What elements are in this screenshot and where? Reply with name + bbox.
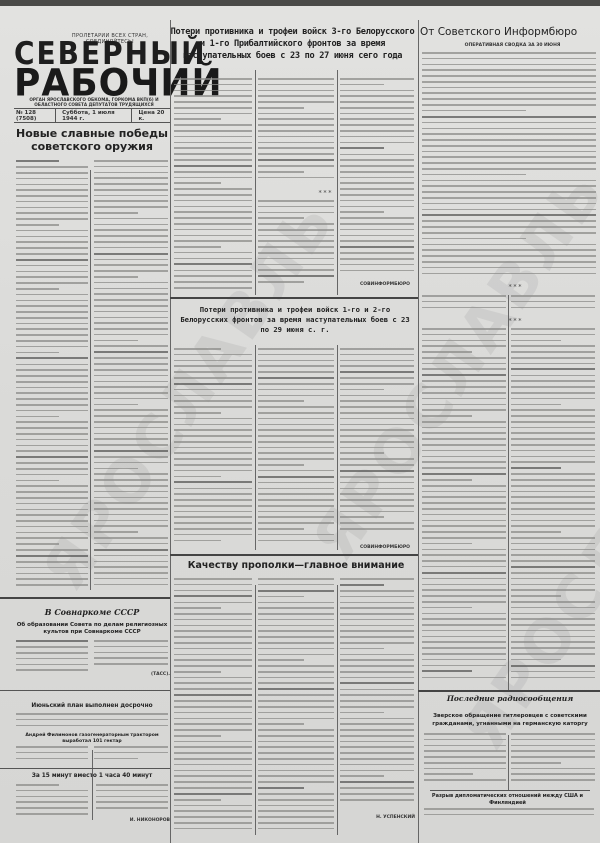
text-line: [340, 648, 384, 650]
text-line: [424, 750, 506, 752]
center-top-col-2b: [258, 200, 334, 292]
text-line: [16, 445, 88, 447]
text-line: [16, 230, 88, 232]
text-line: [174, 481, 252, 483]
text-line: [16, 543, 59, 545]
text-line: [174, 677, 252, 679]
text-line: [340, 264, 414, 266]
text-line: [340, 211, 384, 213]
text-line: [340, 447, 414, 449]
text-line: [174, 822, 252, 824]
text-line: [340, 636, 414, 638]
text-line: [258, 723, 304, 725]
sovnarkom-source: (ТАСС).: [120, 672, 170, 677]
text-line: [258, 775, 334, 777]
text-line: [511, 496, 595, 498]
text-line: [340, 124, 414, 126]
text-line: [422, 554, 506, 556]
text-line: [340, 654, 414, 656]
text-line: [422, 670, 472, 672]
text-line: [174, 799, 221, 801]
issue-price: Цена 20 к.: [136, 110, 170, 122]
weeding-col-3: [340, 578, 414, 808]
text-line: [340, 435, 414, 437]
text-line: [511, 295, 595, 297]
text-line: [94, 537, 168, 539]
text-line: [174, 246, 221, 248]
text-line: [16, 462, 88, 464]
issue-info-bar: № 128 (7508) Суббота, 1 июля 1944 г. Цен…: [14, 108, 170, 123]
text-line: [511, 595, 561, 597]
text-line: [422, 427, 506, 429]
text-line: [340, 787, 414, 789]
text-line: [94, 640, 168, 642]
text-line: [511, 578, 595, 580]
text-line: [258, 770, 334, 772]
text-line: [340, 217, 414, 219]
text-line: [94, 752, 168, 754]
text-line: [16, 207, 88, 209]
text-line: [422, 75, 596, 77]
text-line: [422, 543, 472, 545]
column-rule: [255, 345, 256, 550]
text-line: [258, 95, 334, 97]
text-line: [94, 375, 168, 377]
text-line: [422, 601, 506, 603]
text-line: [424, 773, 473, 775]
text-line: [16, 658, 88, 660]
text-line: [94, 172, 168, 174]
text-line: [511, 677, 595, 679]
text-line: [422, 116, 596, 118]
text-line: [94, 288, 168, 290]
text-line: [340, 781, 414, 783]
center-top-col-2: [258, 78, 334, 188]
text-line: [174, 217, 252, 219]
text-line: [340, 613, 414, 615]
text-line: [511, 508, 595, 510]
text-line: [174, 470, 252, 472]
text-line: [94, 206, 168, 208]
text-line: [174, 188, 252, 190]
text-line: [422, 618, 506, 620]
text-line: [94, 438, 168, 440]
text-line: [94, 334, 168, 336]
text-line: [422, 496, 506, 498]
text-line: [258, 752, 334, 754]
text-line: [511, 456, 595, 458]
text-line: [258, 441, 334, 443]
text-line: [422, 168, 596, 170]
text-line: [16, 387, 88, 389]
text-line: [340, 528, 414, 530]
text-line: [511, 779, 595, 781]
text-line: [94, 584, 168, 586]
text-line: [422, 404, 506, 406]
text-line: [422, 514, 506, 516]
sovinform-body: [422, 52, 596, 282]
text-line: [258, 602, 334, 604]
text-line: [511, 531, 561, 533]
text-line: [422, 386, 506, 388]
text-line: [16, 503, 88, 505]
text-line: [258, 412, 334, 414]
text-line: [16, 311, 88, 313]
text-line: [258, 476, 334, 478]
text-line: [422, 363, 506, 365]
column-rule: [255, 585, 256, 835]
text-line: [16, 784, 59, 786]
text-line: [511, 398, 595, 400]
text-line: [422, 444, 506, 446]
text-line: [174, 488, 252, 490]
text-line: [511, 543, 595, 545]
text-line: [422, 473, 506, 475]
text-line: [94, 311, 168, 313]
text-line: [422, 525, 506, 527]
text-line: [174, 200, 252, 202]
text-line: [340, 360, 414, 362]
text-line: [258, 365, 334, 367]
text-line: [258, 400, 304, 402]
text-line: [174, 136, 252, 138]
text-line: [258, 275, 334, 277]
text-line: [511, 768, 595, 770]
text-line: [422, 566, 506, 568]
text-line: [16, 305, 88, 307]
text-line: [258, 625, 334, 627]
text-line: [422, 104, 596, 106]
text-line: [258, 165, 334, 167]
text-line: [258, 246, 334, 248]
text-line: [16, 509, 88, 511]
text-line: [94, 340, 138, 342]
text-line: [258, 406, 334, 408]
text-line: [16, 340, 88, 342]
text-line: [340, 458, 414, 460]
text-line: [16, 752, 88, 754]
text-line: [174, 258, 252, 260]
text-line: [16, 259, 88, 261]
text-line: [340, 412, 414, 414]
text-line: [340, 389, 384, 391]
text-line: [174, 493, 252, 495]
text-line: [340, 365, 414, 367]
sovinform-col-c: [422, 328, 506, 686]
text-line: [258, 470, 334, 472]
text-line: [94, 177, 168, 179]
text-line: [422, 398, 506, 400]
text-line: [174, 694, 252, 696]
text-line: [340, 723, 414, 725]
text-line: [16, 520, 88, 522]
text-line: [16, 189, 88, 191]
text-line: [94, 421, 168, 423]
text-line: [511, 659, 561, 661]
text-line: [258, 101, 334, 103]
text-line: [94, 282, 168, 284]
text-line: [94, 229, 168, 231]
text-line: [174, 595, 252, 597]
text-line: [511, 375, 595, 377]
text-line: [174, 516, 252, 518]
text-line: [340, 159, 414, 161]
text-line: [340, 470, 414, 472]
section-rule: [0, 768, 170, 769]
text-line: [16, 224, 59, 226]
text-line: [258, 799, 334, 801]
center-mid-col-3: [340, 348, 414, 538]
text-line: [174, 735, 221, 737]
text-line: [174, 142, 252, 144]
text-line: [422, 491, 506, 493]
text-line: [94, 508, 168, 510]
text-line: [174, 828, 252, 830]
text-line: [258, 642, 334, 644]
text-line: [174, 659, 252, 661]
text-line: [174, 400, 252, 402]
text-line: [258, 654, 334, 656]
text-line: [16, 178, 88, 180]
text-line: [258, 648, 334, 650]
text-line: [94, 293, 168, 295]
text-line: [511, 589, 595, 591]
text-line: [511, 554, 595, 556]
text-line: [340, 78, 414, 80]
text-line: [422, 595, 506, 597]
text-line: [340, 371, 414, 373]
text-line: [94, 386, 168, 388]
text-line: [258, 130, 334, 132]
text-line: [511, 479, 595, 481]
text-line: [511, 560, 595, 562]
text-line: [174, 528, 252, 530]
text-line: [94, 525, 168, 527]
text-line: [258, 694, 334, 696]
text-line: [174, 270, 252, 272]
text-line: [340, 682, 414, 684]
text-line: [340, 752, 414, 754]
text-line: [16, 537, 88, 539]
minutes-signature: И. НИКОНОРОВ: [120, 818, 170, 823]
text-line: [511, 421, 595, 423]
text-line: [16, 398, 88, 400]
text-line: [422, 209, 596, 211]
text-line: [94, 299, 168, 301]
text-line: [174, 752, 252, 754]
text-line: [340, 505, 414, 507]
text-line: [340, 182, 414, 184]
text-line: [511, 549, 595, 551]
text-line: [16, 364, 88, 366]
text-line: [340, 452, 384, 454]
text-line: [340, 107, 414, 109]
text-line: [511, 514, 595, 516]
text-line: [422, 185, 596, 187]
text-line: [422, 450, 506, 452]
text-line: [422, 295, 506, 297]
text-line: [16, 807, 88, 809]
text-line: [174, 383, 252, 385]
text-line: [258, 124, 334, 126]
text-line: [94, 189, 168, 191]
text-line: [174, 723, 252, 725]
text-line: [258, 136, 334, 138]
text-line: [340, 770, 414, 772]
text-line: [96, 801, 168, 803]
text-line: [16, 410, 88, 412]
text-line: [174, 630, 252, 632]
text-line: [16, 357, 88, 359]
text-line: [94, 456, 168, 458]
text-line: [94, 247, 168, 249]
text-line: [258, 90, 334, 92]
text-line: [511, 773, 595, 775]
sovinform-col-b: [511, 295, 595, 317]
sovnarkom-rubric: В Совнаркоме СССР: [14, 607, 170, 617]
text-line: [422, 92, 596, 94]
text-line: [258, 147, 334, 149]
text-line: [16, 288, 59, 290]
text-line: [16, 375, 88, 377]
text-line: [16, 271, 88, 273]
text-line: [16, 195, 88, 197]
text-line: [340, 118, 414, 120]
text-line: [16, 719, 168, 721]
text-line: [16, 300, 88, 302]
center-top-col-1: [174, 78, 252, 293]
text-line: [258, 252, 334, 254]
weeding-col-2: [258, 578, 334, 838]
text-line: [422, 578, 506, 580]
text-line: [94, 652, 168, 654]
text-line: [340, 677, 414, 679]
text-line: [174, 688, 252, 690]
text-line: [258, 729, 334, 731]
text-line: [511, 351, 595, 353]
text-line: [422, 572, 506, 574]
text-line: [422, 380, 506, 382]
text-line: [258, 458, 334, 460]
text-line: [174, 718, 252, 720]
text-line: [94, 531, 138, 533]
text-line: [94, 543, 168, 545]
text-line: [258, 659, 304, 661]
text-line: [174, 130, 252, 132]
text-line: [422, 340, 506, 342]
text-line: [174, 816, 252, 818]
text-line: [511, 618, 595, 620]
text-line: [258, 516, 334, 518]
text-line: [258, 217, 304, 219]
text-line: [174, 613, 252, 615]
text-line: [258, 816, 334, 818]
text-line: [16, 160, 59, 162]
text-line: [94, 183, 168, 185]
text-line: [511, 380, 595, 382]
text-line: [258, 758, 334, 760]
text-line: [174, 464, 252, 466]
text-line: [174, 712, 252, 714]
text-line: [340, 700, 414, 702]
text-line: [174, 252, 252, 254]
text-line: [340, 665, 414, 667]
text-line: [424, 756, 506, 758]
text-line: [94, 657, 168, 659]
text-line: [258, 235, 334, 237]
section-rule: [418, 690, 600, 692]
text-line: [424, 768, 506, 770]
text-line: [340, 418, 414, 420]
text-line: [258, 787, 304, 789]
text-line: [422, 613, 506, 615]
text-line: [16, 758, 88, 760]
text-line: [94, 218, 168, 220]
lead-col-1: [16, 160, 88, 590]
text-line: [258, 578, 334, 580]
text-line: [511, 386, 595, 388]
diplomatic-headline: Разрыв дипломатических отношений между С…: [425, 793, 590, 806]
text-line: [16, 218, 88, 220]
text-line: [16, 573, 88, 575]
text-line: [422, 607, 472, 609]
text-line: [258, 269, 334, 271]
text-line: [94, 317, 168, 319]
text-line: [258, 200, 334, 202]
text-line: [16, 532, 88, 534]
text-line: [422, 345, 506, 347]
text-line: [94, 160, 168, 162]
text-line: [174, 540, 221, 542]
radio-headline: Зверское обращение гитлеровцев с советск…: [425, 712, 595, 728]
text-line: [16, 212, 88, 214]
text-line: [422, 52, 596, 54]
text-line: [340, 694, 414, 696]
text-line: [340, 206, 414, 208]
text-line: [94, 409, 168, 411]
text-line: [258, 360, 334, 362]
text-line: [422, 368, 506, 370]
text-line: [174, 153, 252, 155]
text-line: [94, 369, 168, 371]
text-line: [258, 528, 304, 530]
center-top-col-3: [340, 78, 414, 278]
text-line: [174, 354, 252, 356]
text-line: [340, 671, 414, 673]
text-line: [174, 424, 252, 426]
text-line: [94, 479, 168, 481]
text-line: [94, 241, 168, 243]
text-line: [422, 249, 596, 251]
text-line: [340, 194, 414, 196]
text-line: [511, 537, 595, 539]
text-line: [258, 810, 334, 812]
text-line: [422, 145, 596, 147]
text-line: [422, 267, 596, 269]
text-line: [422, 69, 596, 71]
text-line: [94, 398, 168, 400]
text-line: [511, 334, 595, 336]
text-line: [16, 514, 88, 516]
text-line: [258, 113, 334, 115]
text-line: [258, 371, 334, 373]
text-line: [422, 467, 506, 469]
center-mid-col-2: [258, 348, 334, 548]
text-line: [258, 418, 334, 420]
text-line: [174, 729, 252, 731]
text-line: [340, 578, 414, 580]
text-line: [424, 814, 594, 816]
